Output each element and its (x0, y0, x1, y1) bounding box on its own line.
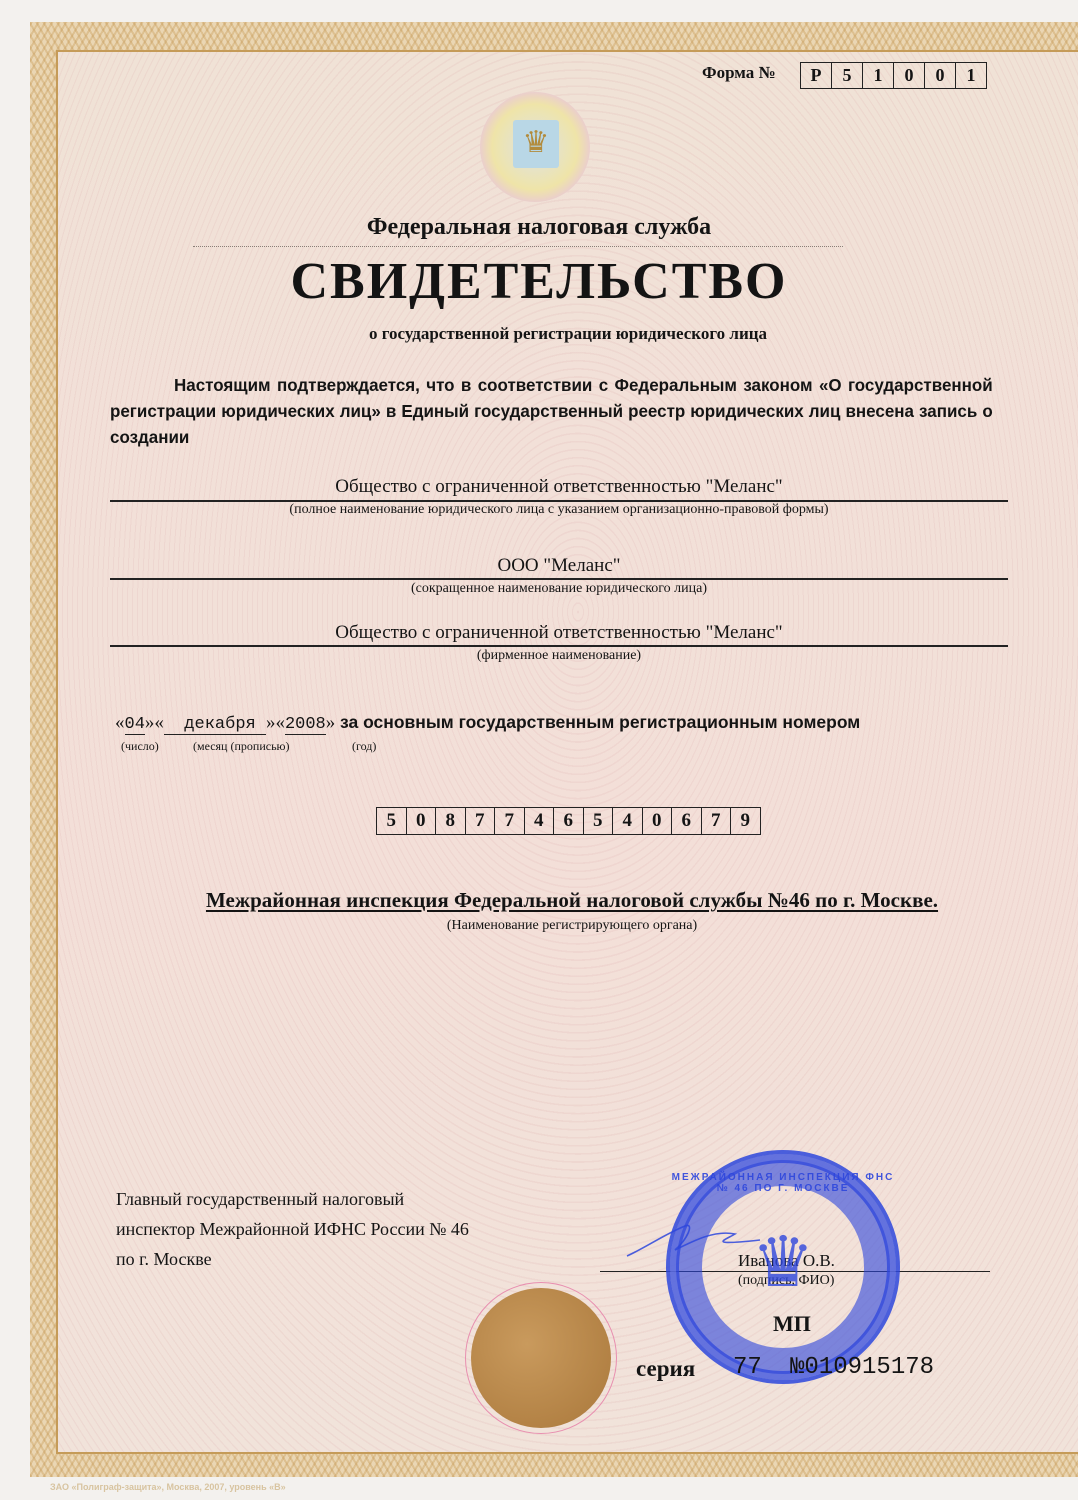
date-day: 04 (125, 715, 145, 735)
form-number-boxes: Р 5 1 0 0 1 (800, 62, 987, 89)
full-name-value: Общество с ограниченной ответственностью… (110, 476, 1008, 498)
form-char: 1 (955, 63, 986, 88)
printer-note: ЗАО «Полиграф-защита», Москва, 2007, уро… (50, 1482, 286, 1492)
document-subtitle: о государственной регистрации юридическо… (0, 324, 1078, 344)
ogrn-digit: 4 (524, 808, 554, 834)
series-label: серия (636, 1356, 695, 1382)
official-stamp: МЕЖРАЙОННАЯ ИНСПЕКЦИЯ ФНС № 46 ПО Г. МОС… (666, 1150, 900, 1384)
signatory-line: инспектор Межрайонной ИФНС России № 46 (116, 1214, 469, 1244)
ogrn-digit: 0 (642, 808, 672, 834)
ogrn-digit: 7 (465, 808, 495, 834)
statement-paragraph: Настоящим подтверждается, что в соответс… (110, 372, 993, 450)
hologram-emblem: ♛ (480, 92, 590, 202)
year-caption: (год) (352, 739, 376, 754)
form-char: 1 (862, 63, 893, 88)
ogrn-digit: 6 (553, 808, 583, 834)
field-underline (110, 645, 1008, 647)
firm-name-value: Общество с ограниченной ответственностью… (110, 622, 1008, 644)
divider (193, 246, 843, 247)
full-name-caption: (полное наименование юридического лица с… (110, 502, 1008, 518)
seal-place-mark: МП (773, 1311, 811, 1337)
form-char: Р (801, 63, 831, 88)
agency-name: Федеральная налоговая служба (0, 214, 1078, 241)
day-caption: (число) (121, 739, 159, 754)
ogrn-digit: 6 (671, 808, 701, 834)
ogrn-digit: 7 (701, 808, 731, 834)
ogrn-digit: 5 (377, 808, 406, 834)
form-char: 0 (893, 63, 924, 88)
date-year: 2008 (285, 715, 326, 735)
ogrn-digit: 7 (494, 808, 524, 834)
registration-date-row: «04»« декабря »«2008» за основным госуда… (115, 712, 860, 734)
series-code: 77 (733, 1354, 762, 1381)
ogrn-digit: 5 (583, 808, 613, 834)
ogrn-digit: 4 (612, 808, 642, 834)
gold-embossed-seal (465, 1282, 617, 1434)
date-month: декабря (164, 715, 266, 735)
signatory-line: по г. Москве (116, 1244, 469, 1274)
ogrn-digit: 9 (730, 808, 760, 834)
document-title: СВИДЕТЕЛЬСТВО (0, 252, 1078, 311)
stamp-text: МЕЖРАЙОННАЯ ИНСПЕКЦИЯ ФНС № 46 ПО Г. МОС… (670, 1172, 896, 1194)
ogrn-number-boxes: 5087746540679 (376, 807, 761, 835)
short-name-caption: (сокращенное наименование юридического л… (110, 581, 1008, 597)
short-name-value: ООО "Меланс" (110, 555, 1008, 577)
form-char: 0 (924, 63, 955, 88)
coat-of-arms-icon: ♛ (521, 122, 551, 164)
signatory-line: Главный государственный налоговый (116, 1184, 469, 1214)
date-suffix: за основным государственным регистрацион… (340, 712, 860, 732)
series-number: №010915178 (790, 1354, 934, 1381)
handwritten-signature (625, 1220, 765, 1260)
registering-body-caption: (Наименование регистрирующего органа) (110, 918, 1034, 934)
ogrn-digit: 8 (435, 808, 465, 834)
form-char: 5 (831, 63, 862, 88)
field-underline (110, 578, 1008, 580)
form-number-label: Форма № (702, 63, 776, 83)
registering-body-name: Межрайонная инспекция Федеральной налого… (110, 888, 1034, 913)
signatory-position: Главный государственный налоговый инспек… (116, 1184, 469, 1274)
firm-name-caption: (фирменное наименование) (110, 648, 1008, 664)
statement-text: Настоящим подтверждается, что в соответс… (110, 375, 993, 447)
eagle-emboss-icon (471, 1288, 611, 1428)
month-caption: (месяц (прописью) (193, 739, 290, 754)
ogrn-digit: 0 (406, 808, 436, 834)
